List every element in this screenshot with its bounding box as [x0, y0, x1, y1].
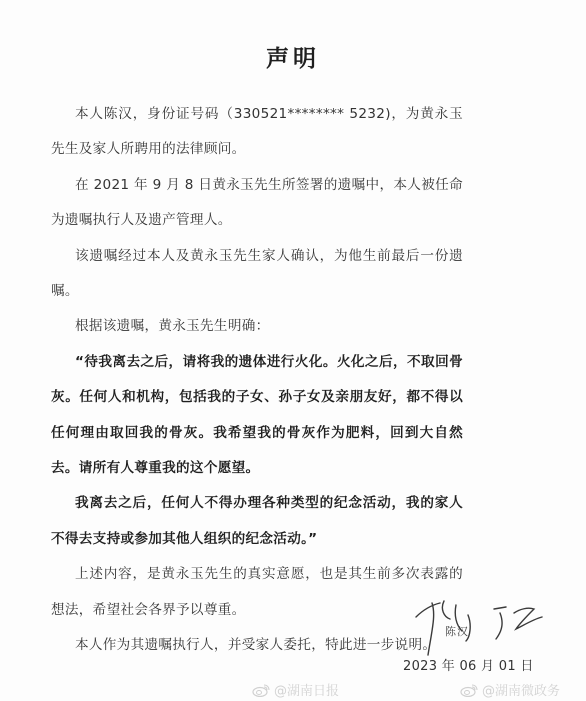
paragraph-will-intro: 根据该遗嘱，黄永玉先生明确：	[51, 309, 463, 344]
signature-printed-name: 陈汉	[445, 623, 469, 639]
document-body: 本人陈汉，身份证号码（330521******** 5232)，为黄永玉先生及家…	[51, 97, 463, 664]
document-page: 声明 本人陈汉，身份证号码（330521******** 5232)，为黄永玉先…	[0, 0, 586, 701]
watermark-hunan-gov: @湖南微政务	[460, 680, 560, 699]
paragraph-closing: 本人作为其遗嘱执行人，并受家人委托，特此进一步说明。	[51, 628, 463, 663]
watermark-hunan-daily: @湖南日报	[252, 680, 339, 699]
watermark-text: @湖南日报	[274, 680, 339, 699]
paragraph-quote-cremation: “待我离去之后，请将我的遗体进行火化。火化之后，不取回骨灰。任何人和机构，包括我…	[51, 345, 463, 487]
paragraph-quote-memorial: 我离去之后，任何人不得办理各种类型的纪念活动，我的家人不得去支持或参加其他人组织…	[51, 486, 463, 557]
weibo-icon	[460, 683, 478, 697]
signature-date: 2023 年 06 月 01 日	[403, 655, 534, 674]
paragraph-confirmation: 该遗嘱经过本人及黄永玉先生家人确认，为他生前最后一份遗嘱。	[51, 239, 463, 310]
document-title: 声明	[0, 40, 586, 73]
paragraph-appointment: 在 2021 年 9 月 8 日黄永玉先生所签署的遗嘱中，本人被任命为遗嘱执行人…	[51, 168, 463, 239]
paragraph-respect-request: 上述内容，是黄永玉先生的真实意愿，也是其生前多次表露的想法，希望社会各界予以尊重…	[51, 557, 463, 628]
weibo-icon	[252, 683, 270, 697]
paragraph-introduction: 本人陈汉，身份证号码（330521******** 5232)，为黄永玉先生及家…	[51, 97, 463, 168]
watermark-text: @湖南微政务	[482, 680, 560, 699]
